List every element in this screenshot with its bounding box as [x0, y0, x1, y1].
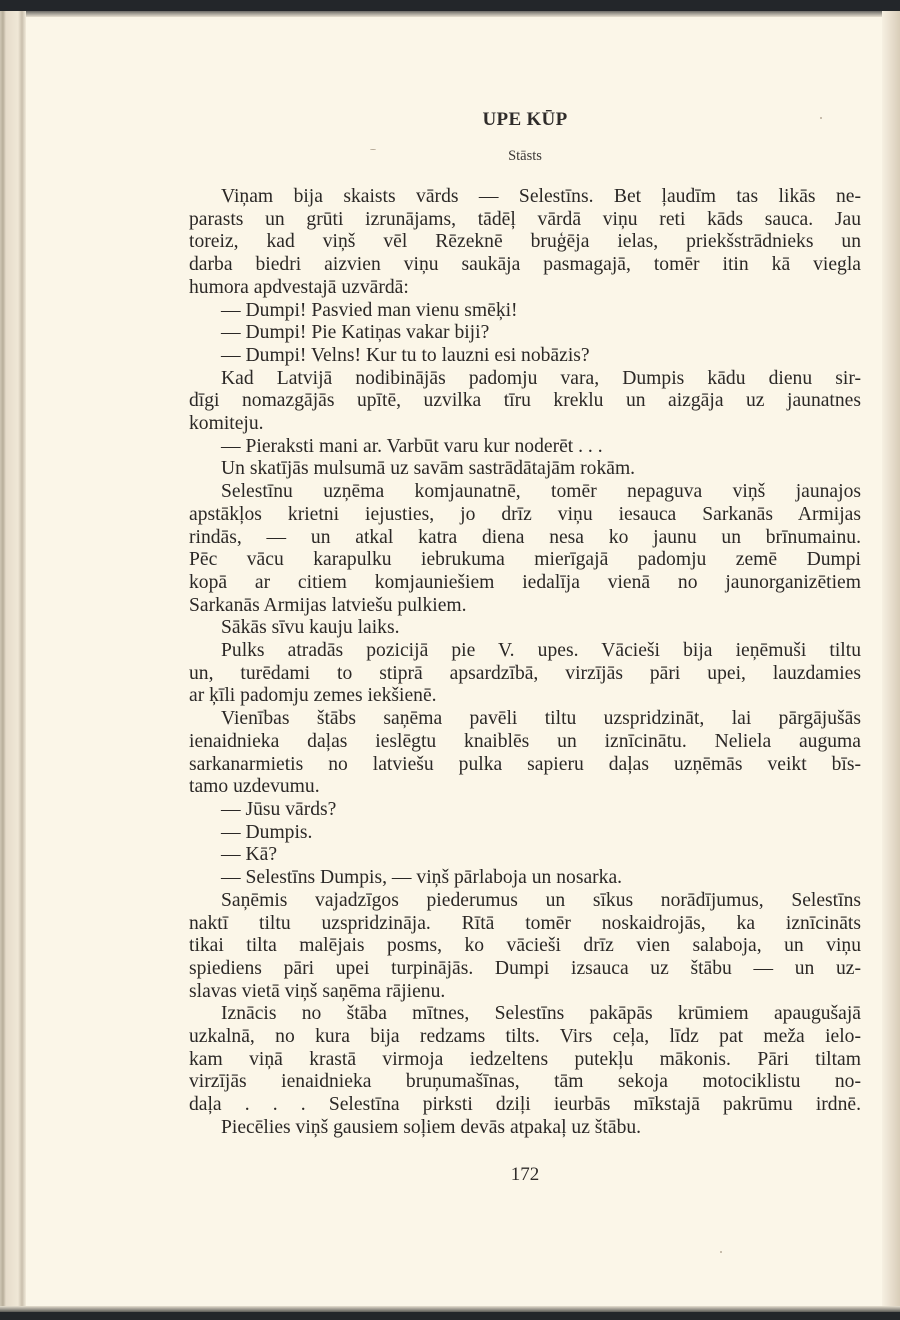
text-line: — Dumpi! Pasvied man vienu smēķi!	[189, 300, 861, 323]
text-line: darba biedri aizvien viņu saukāja pasmag…	[189, 254, 861, 277]
text-line: daļa . . . Selestīna pirksti dziļi ieurb…	[189, 1094, 861, 1117]
page-number: 172	[0, 1164, 900, 1186]
text-line: Sarkanās Armijas latviešu pulkiem.	[189, 595, 861, 618]
text-line: Saņēmis vajadzīgos piederumus un sīkus n…	[189, 890, 861, 913]
text-line: Pēc vācu karapulku iebrukuma mierīgajā p…	[189, 549, 861, 572]
text-line: slavas vietā viņš saņēma rājienu.	[189, 981, 861, 1004]
left-page-edge	[0, 11, 26, 1312]
text-line: Viņam bija skaists vārds — Selestīns. Be…	[189, 186, 861, 209]
text-line: toreiz, kad viņš vēl Rēzeknē bruģēja iel…	[189, 231, 861, 254]
text-line: un, turēdami to stiprā apsardzībā, virzī…	[189, 663, 861, 686]
text-line: virzījās ienaidnieka bruņumašīnas, tām s…	[189, 1071, 861, 1094]
text-line: uzkalnā, no kura bija redzams tilts. Vir…	[189, 1026, 861, 1049]
story-body: Viņam bija skaists vārds — Selestīns. Be…	[189, 186, 861, 1140]
text-line: kam viņā krastā virmoja iedzeltens putek…	[189, 1049, 861, 1072]
text-line: ienaidnieka daļas ieslēgtu knaiblēs un i…	[189, 731, 861, 754]
text-line: Pulks atradās pozicijā pie V. upes. Vāci…	[189, 640, 861, 663]
bottom-page-edge	[0, 1306, 900, 1312]
text-line: humora apdvestajā uzvārdā:	[189, 277, 861, 300]
text-line: Kad Latvijā nodibinājās padomju vara, Du…	[189, 368, 861, 391]
story-title: UPE KŪP	[0, 109, 900, 131]
text-line: naktī tiltu uzspridzināja. Rītā tomēr no…	[189, 913, 861, 936]
text-line: — Dumpi! Pie Katiņas vakar biji?	[189, 322, 861, 345]
text-line: parasts un grūti izrunājams, tādēļ vārdā…	[189, 209, 861, 232]
text-line: — Pieraksti mani ar. Varbūt varu kur nod…	[189, 436, 861, 459]
text-line: ar ķīli padomju zemes iekšienē.	[189, 685, 861, 708]
text-line: Piecēlies viņš gausiem soļiem devās atpa…	[189, 1117, 861, 1140]
paper-speck	[720, 1251, 722, 1253]
right-page-edge	[882, 11, 900, 1312]
text-line: — Jūsu vārds?	[189, 799, 861, 822]
text-line: Un skatījās mulsumā uz savām sastrādātaj…	[189, 458, 861, 481]
text-line: dīgi nomazgājās upītē, uzvilka tīru krek…	[189, 390, 861, 413]
text-line: tikai tilta malējais posms, ko vācieši d…	[189, 935, 861, 958]
text-line: — Kā?	[189, 844, 861, 867]
top-page-edge	[0, 11, 900, 17]
text-line: Iznācis no štāba mītnes, Selestīns pakāp…	[189, 1003, 861, 1026]
text-line: — Dumpis.	[189, 822, 861, 845]
text-line: tamo uzdevumu.	[189, 776, 861, 799]
text-line: kopā ar citiem komjauniešiem iedalīja vi…	[189, 572, 861, 595]
text-line: — Selestīns Dumpis, — viņš pārlaboja un …	[189, 867, 861, 890]
text-line: sarkanarmietis no latviešu pulka sapieru…	[189, 754, 861, 777]
text-line: rindās, — un atkal katra diena nesa ko j…	[189, 527, 861, 550]
text-line: apstākļos krietni iejusties, jo drīz viņ…	[189, 504, 861, 527]
text-line: — Dumpi! Velns! Kur tu to lauzni esi nob…	[189, 345, 861, 368]
text-line: Vienības štābs saņēma pavēli tiltu uzspr…	[189, 708, 861, 731]
text-line: komiteju.	[189, 413, 861, 436]
text-line: Selestīnu uzņēma komjaunatnē, tomēr nepa…	[189, 481, 861, 504]
story-subtitle: Stāsts	[0, 148, 900, 165]
text-line: Sākās sīvu kauju laiks.	[189, 617, 861, 640]
text-line: spiediens pāri upei turpinājās. Dumpi iz…	[189, 958, 861, 981]
